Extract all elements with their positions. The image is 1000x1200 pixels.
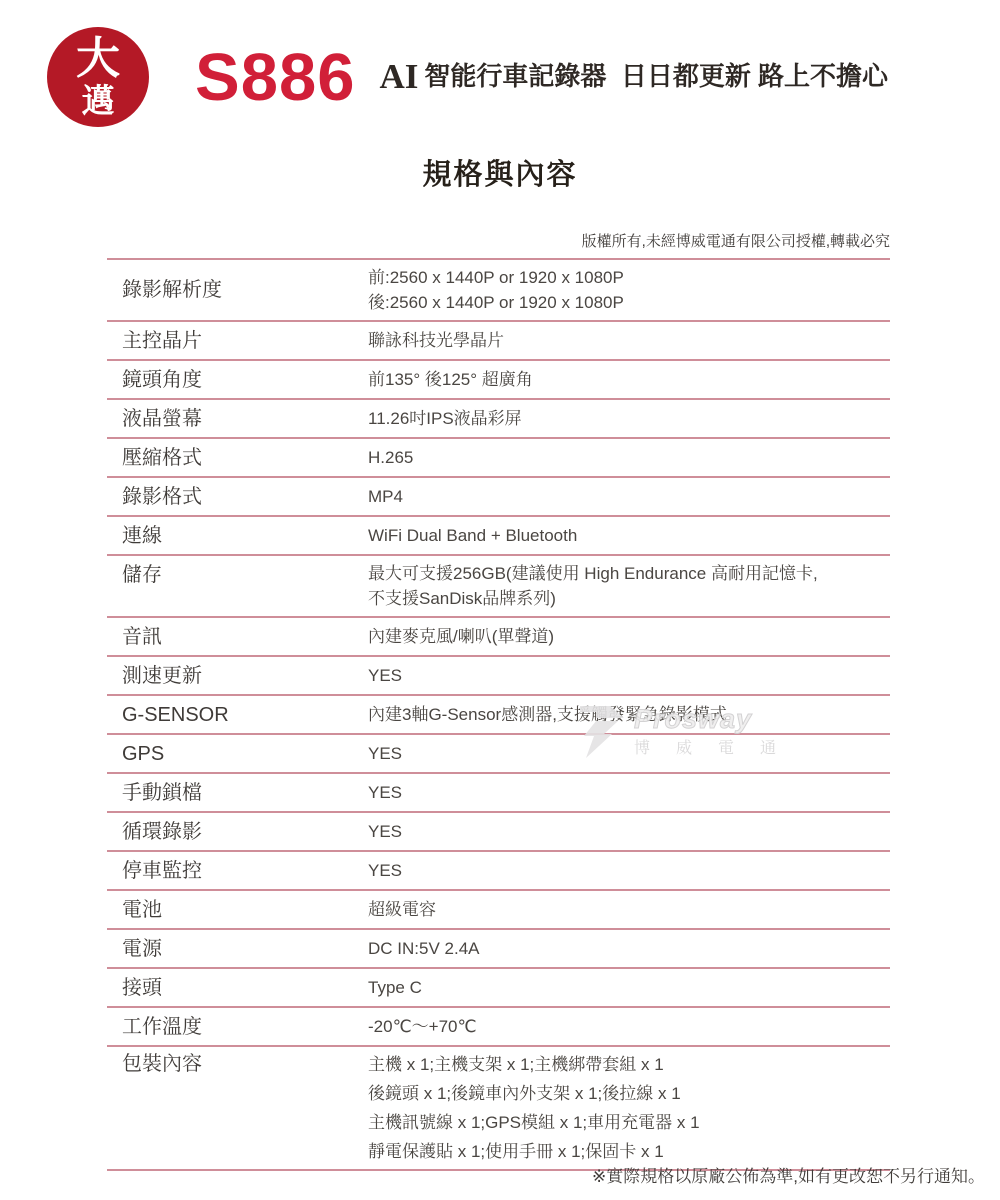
spec-label: G-SENSOR bbox=[107, 703, 368, 727]
brand-logo: 大 邁 bbox=[47, 27, 149, 127]
spec-value-line: 前135° 後125° 超廣角 bbox=[368, 367, 890, 392]
spec-row: 工作溫度-20℃～+70℃ bbox=[107, 1008, 890, 1047]
spec-value-line: 超級電容 bbox=[368, 897, 890, 922]
spec-value: MP4 bbox=[368, 484, 890, 509]
spec-value-line: YES bbox=[368, 780, 890, 805]
spec-label: 循環錄影 bbox=[107, 820, 368, 844]
spec-row: 儲存最大可支援256GB(建議使用 High Endurance 高耐用記憶卡,… bbox=[107, 556, 890, 618]
spec-value: YES bbox=[368, 780, 890, 805]
spec-value-line: 聯詠科技光學晶片 bbox=[368, 328, 890, 353]
spec-row: 主控晶片聯詠科技光學晶片 bbox=[107, 322, 890, 361]
spec-row: 手動鎖檔YES bbox=[107, 774, 890, 813]
spec-row: 電池超級電容 bbox=[107, 891, 890, 930]
tagline-ai-text: AI bbox=[379, 56, 418, 98]
spec-label: 鏡頭角度 bbox=[107, 368, 368, 392]
spec-label: 電池 bbox=[107, 898, 368, 922]
brand-logo-char-top: 大 bbox=[76, 37, 120, 81]
spec-row: 包裝內容主機 x 1;主機支架 x 1;主機綁帶套組 x 1後鏡頭 x 1;後鏡… bbox=[107, 1047, 890, 1171]
spec-value-line: 後鏡頭 x 1;後鏡車內外支架 x 1;後拉線 x 1 bbox=[368, 1079, 890, 1108]
spec-row: G-SENSOR內建3軸G-Sensor感測器,支援觸發緊急錄影模式 bbox=[107, 696, 890, 735]
spec-row: 連線WiFi Dual Band + Bluetooth bbox=[107, 517, 890, 556]
spec-label: 測速更新 bbox=[107, 664, 368, 688]
page-title: 規格與內容 bbox=[0, 152, 1000, 193]
spec-label: GPS bbox=[107, 742, 368, 766]
spec-row: 停車監控YES bbox=[107, 852, 890, 891]
spec-value: DC IN:5V 2.4A bbox=[368, 936, 890, 961]
spec-row: 錄影解析度前:2560 x 1440P or 1920 x 1080P後:256… bbox=[107, 260, 890, 322]
spec-row: 液晶螢幕11.26吋IPS液晶彩屏 bbox=[107, 400, 890, 439]
spec-value-line: YES bbox=[368, 858, 890, 883]
spec-label: 手動鎖檔 bbox=[107, 781, 368, 805]
spec-value-line: DC IN:5V 2.4A bbox=[368, 936, 890, 961]
spec-value-line: 11.26吋IPS液晶彩屏 bbox=[368, 406, 890, 431]
brand-header: 大 邁 S886 AI 智能行車記錄器 日日都更新 路上不擔心 bbox=[47, 27, 888, 127]
spec-value: 內建麥克風/喇叭(單聲道) bbox=[368, 624, 890, 649]
spec-row: 電源DC IN:5V 2.4A bbox=[107, 930, 890, 969]
spec-value: 前:2560 x 1440P or 1920 x 1080P後:2560 x 1… bbox=[368, 265, 890, 315]
spec-label: 接頭 bbox=[107, 976, 368, 1000]
spec-value: YES bbox=[368, 819, 890, 844]
spec-value-line: YES bbox=[368, 741, 890, 766]
model-name: S886 bbox=[195, 44, 355, 111]
spec-label: 主控晶片 bbox=[107, 329, 368, 353]
spec-value-line: MP4 bbox=[368, 484, 890, 509]
spec-value-line: 主機訊號線 x 1;GPS模組 x 1;車用充電器 x 1 bbox=[368, 1108, 890, 1137]
spec-value-line: Type C bbox=[368, 975, 890, 1000]
spec-value-line: -20℃～+70℃ bbox=[368, 1014, 890, 1039]
spec-value: 最大可支援256GB(建議使用 High Endurance 高耐用記憶卡,不支… bbox=[368, 561, 890, 611]
spec-value-line: YES bbox=[368, 663, 890, 688]
spec-row: GPSYES bbox=[107, 735, 890, 774]
spec-table: 錄影解析度前:2560 x 1440P or 1920 x 1080P後:256… bbox=[107, 258, 890, 1171]
brand-logo-char-bottom: 邁 bbox=[82, 84, 115, 117]
spec-label: 連線 bbox=[107, 524, 368, 548]
spec-value-line: YES bbox=[368, 819, 890, 844]
spec-value-line: 前:2560 x 1440P or 1920 x 1080P bbox=[368, 265, 890, 290]
spec-value: 聯詠科技光學晶片 bbox=[368, 328, 890, 353]
spec-value: YES bbox=[368, 663, 890, 688]
spec-label: 電源 bbox=[107, 937, 368, 961]
spec-label: 錄影解析度 bbox=[107, 278, 368, 302]
spec-label: 音訊 bbox=[107, 625, 368, 649]
spec-value: YES bbox=[368, 858, 890, 883]
spec-label: 停車監控 bbox=[107, 859, 368, 883]
spec-value: WiFi Dual Band + Bluetooth bbox=[368, 523, 890, 548]
spec-label: 液晶螢幕 bbox=[107, 407, 368, 431]
tagline-text: 智能行車記錄器 日日都更新 路上不擔心 bbox=[424, 61, 888, 92]
spec-label: 儲存 bbox=[107, 561, 368, 587]
spec-value-line: H.265 bbox=[368, 445, 890, 470]
spec-value: H.265 bbox=[368, 445, 890, 470]
spec-row: 鏡頭角度前135° 後125° 超廣角 bbox=[107, 361, 890, 400]
copyright-notice: 版權所有,未經博威電通有限公司授權,轉載必究 bbox=[107, 230, 890, 251]
spec-row: 循環錄影YES bbox=[107, 813, 890, 852]
spec-value-line: 內建麥克風/喇叭(單聲道) bbox=[368, 624, 890, 649]
spec-value-line: 主機 x 1;主機支架 x 1;主機綁帶套組 x 1 bbox=[368, 1050, 890, 1079]
spec-value-line: 最大可支援256GB(建議使用 High Endurance 高耐用記憶卡, bbox=[368, 561, 890, 586]
spec-value-line: 後:2560 x 1440P or 1920 x 1080P bbox=[368, 290, 890, 315]
spec-label: 壓縮格式 bbox=[107, 446, 368, 470]
product-tagline: AI 智能行車記錄器 日日都更新 路上不擔心 bbox=[379, 56, 888, 98]
spec-row: 壓縮格式H.265 bbox=[107, 439, 890, 478]
spec-value: 11.26吋IPS液晶彩屏 bbox=[368, 406, 890, 431]
spec-value: Type C bbox=[368, 975, 890, 1000]
spec-value: -20℃～+70℃ bbox=[368, 1014, 890, 1039]
spec-row: 錄影格式MP4 bbox=[107, 478, 890, 517]
spec-value: 超級電容 bbox=[368, 897, 890, 922]
spec-value-line: 不支援SanDisk品牌系列) bbox=[368, 586, 890, 611]
footnote: ※實際規格以原廠公佈為準,如有更改恕不另行通知。 bbox=[592, 1162, 985, 1187]
spec-label: 錄影格式 bbox=[107, 485, 368, 509]
spec-value: YES bbox=[368, 741, 890, 766]
spec-label: 工作溫度 bbox=[107, 1015, 368, 1039]
spec-value-line: WiFi Dual Band + Bluetooth bbox=[368, 523, 890, 548]
spec-label: 包裝內容 bbox=[107, 1050, 368, 1076]
spec-row: 音訊內建麥克風/喇叭(單聲道) bbox=[107, 618, 890, 657]
spec-value: 主機 x 1;主機支架 x 1;主機綁帶套組 x 1後鏡頭 x 1;後鏡車內外支… bbox=[368, 1050, 890, 1166]
spec-value: 前135° 後125° 超廣角 bbox=[368, 367, 890, 392]
spec-value-line: 內建3軸G-Sensor感測器,支援觸發緊急錄影模式 bbox=[368, 702, 890, 727]
spec-row: 接頭Type C bbox=[107, 969, 890, 1008]
spec-value: 內建3軸G-Sensor感測器,支援觸發緊急錄影模式 bbox=[368, 702, 890, 727]
spec-row: 測速更新YES bbox=[107, 657, 890, 696]
